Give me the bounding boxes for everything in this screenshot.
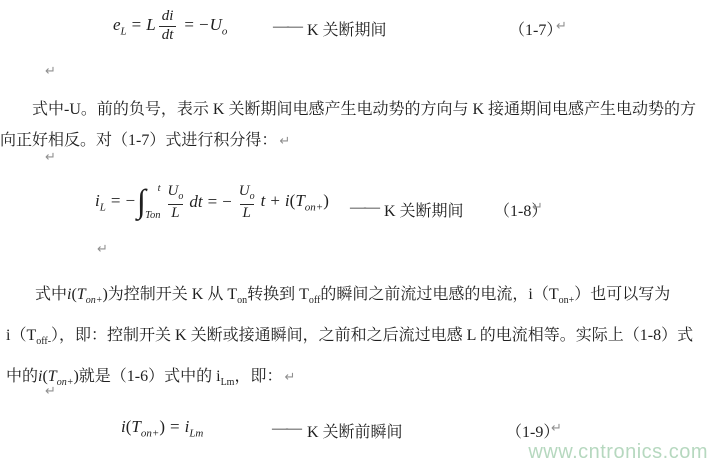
subscript-on-plus: on+ — [141, 427, 159, 439]
text-run: 式中 — [35, 286, 67, 303]
plus-sign: + — [270, 191, 280, 210]
subscript-on-plus: on+ — [57, 378, 74, 389]
subscript-L: L — [121, 25, 127, 37]
formula-1-8-mid: dt=− — [189, 192, 232, 212]
equals-sign: = — [184, 15, 194, 34]
formula-1-8-lhs: iL=− — [95, 191, 136, 213]
text-run: 转换到 T — [247, 286, 309, 303]
text-run: 中的 — [6, 368, 38, 385]
paragraph-mark: ↵ — [556, 19, 567, 34]
subscript-o: o — [178, 191, 183, 202]
paragraph-mark: ↵ — [551, 421, 562, 436]
paragraph-line: 中的i(Ton+)就是（1-6）式中的 iLm，即：↵ — [6, 359, 708, 400]
fraction-numerator: Uo — [164, 183, 186, 204]
var-T: T — [131, 417, 140, 436]
subscript-on-plus: on+ — [305, 202, 323, 214]
formula-1-9: i(Ton+)=iLm — [121, 417, 203, 439]
equals-sign: = — [208, 192, 218, 211]
fraction-denominator: L — [240, 204, 254, 222]
close-paren: ) — [323, 191, 329, 210]
annotation-note-1-7: K 关断期间 — [307, 17, 387, 40]
paragraph-line: 式中-U。前的负号，表示 K 关断期间电感产生电动势的方向与 K 接通期间电感产… — [0, 94, 710, 125]
paragraph-mark: ↵ — [45, 150, 56, 165]
integral-lower-limit: Ton — [145, 210, 160, 221]
subscript-on-plus: on+ — [559, 295, 575, 306]
subscript-off: off — [309, 295, 320, 306]
fraction-di-dt: didt — [159, 8, 177, 45]
var-T: T — [48, 368, 57, 385]
paragraph-mark: ↵ — [284, 370, 295, 385]
subscript-on: on — [237, 295, 247, 306]
fraction-Uo-L: UoL — [164, 183, 186, 222]
subscript-Lm: Lm — [221, 378, 235, 389]
paragraph-2: 式中i(Ton+)为控制开关 K 从 Ton转换到 Toff的瞬间之前流过电感的… — [6, 277, 708, 401]
subscript-L: L — [100, 202, 106, 214]
text-run: 向正好相反。对（1-7）式进行积分得： — [0, 132, 277, 149]
var-U: U — [210, 15, 222, 34]
subscript-Lm: Lm — [189, 427, 203, 439]
var-U: U — [239, 183, 250, 199]
formula-1-9-body: i(Ton+)=iLm — [121, 417, 203, 439]
subscript-off-minus: off- — [36, 336, 51, 347]
var-T: T — [295, 191, 304, 210]
close-paren: ) — [159, 417, 165, 436]
annotation-dash: —— — [273, 18, 301, 36]
formula-1-7-lhs: eL=L — [113, 15, 156, 37]
equation-label-1-7: （1-7） — [509, 17, 562, 40]
text-run: 就是（1-6）式中的 i — [79, 368, 221, 385]
paragraph-1: 式中-U。前的负号，表示 K 关断期间电感产生电动势的方向与 K 接通期间电感产… — [0, 94, 710, 157]
var-L: L — [146, 15, 155, 34]
var-e: e — [113, 15, 121, 34]
text-run: ），即：控制开关 K 关断或接通瞬间，之前和之后流过电感 L 的电流相等。实际上… — [51, 327, 693, 344]
equals-sign: = — [111, 191, 121, 210]
subscript-on-plus: on+ — [86, 295, 103, 306]
formula-1-7-rhs: =−Uo — [179, 15, 227, 37]
text-run: ）也可以写为 — [574, 286, 670, 303]
minus-sign: − — [125, 191, 135, 210]
fraction-denominator: L — [168, 204, 182, 222]
var-U: U — [167, 183, 178, 199]
fraction-denominator: dt — [159, 26, 177, 44]
equals-sign: = — [132, 15, 142, 34]
text-run: i（T — [6, 327, 36, 344]
fraction-numerator: di — [159, 8, 177, 26]
document-page: eL=L didt =−Uo —— K 关断期间 （1-7） ↵ ↵ 式中-U。… — [0, 0, 710, 464]
paragraph-line: i（Toff-），即：控制开关 K 关断或接通瞬间，之前和之后流过电感 L 的电… — [6, 318, 708, 359]
subscript-o: o — [250, 191, 255, 202]
paragraph-mark: ↵ — [279, 134, 290, 149]
var-T: T — [77, 286, 86, 303]
paragraph-mark: ↵ — [45, 384, 56, 399]
text-run: 式中-U。前的负号，表示 K 关断期间电感产生电动势的方向与 K 接通期间电感产… — [32, 101, 696, 118]
formula-1-8-rhs: t+i(Ton+) — [261, 191, 329, 213]
paragraph-mark: ↵ — [45, 64, 56, 79]
formula-1-8: iL=− ∫tTon UoL dt=− UoL t+i(Ton+) — [95, 183, 329, 222]
paragraph-line: 向正好相反。对（1-7）式进行积分得：↵ — [0, 125, 710, 157]
integral-limits: tTon — [145, 183, 160, 221]
fraction-Uo-L: UoL — [236, 183, 258, 222]
minus-sign: − — [222, 192, 232, 211]
differential-dt: dt — [189, 192, 202, 211]
text-run: 为控制开关 K 从 T — [108, 286, 237, 303]
annotation-dash: —— — [350, 199, 378, 217]
annotation-note-1-9: K 关断前瞬间 — [307, 419, 403, 442]
formula-1-7: eL=L didt =−Uo — [113, 8, 227, 45]
paragraph-line: 式中i(Ton+)为控制开关 K 从 Ton转换到 Toff的瞬间之前流过电感的… — [6, 277, 708, 318]
subscript-o: o — [222, 25, 228, 37]
fraction-numerator: Uo — [236, 183, 258, 204]
equals-sign: = — [170, 417, 180, 436]
annotation-dash: —— — [272, 420, 300, 438]
paragraph-mark: ↵ — [532, 200, 543, 215]
site-watermark: www.cntronics.com — [528, 441, 708, 464]
integral-group: ∫tTon — [137, 183, 160, 221]
paragraph-mark: ↵ — [97, 242, 108, 257]
integral-upper-limit: t — [158, 183, 161, 194]
minus-sign: − — [199, 15, 209, 34]
text-run: 的瞬间之前流过电感的电流，i（T — [320, 286, 558, 303]
annotation-note-1-8: K 关断期间 — [384, 198, 464, 221]
text-run: ，即： — [234, 368, 282, 385]
var-t: t — [261, 191, 266, 210]
